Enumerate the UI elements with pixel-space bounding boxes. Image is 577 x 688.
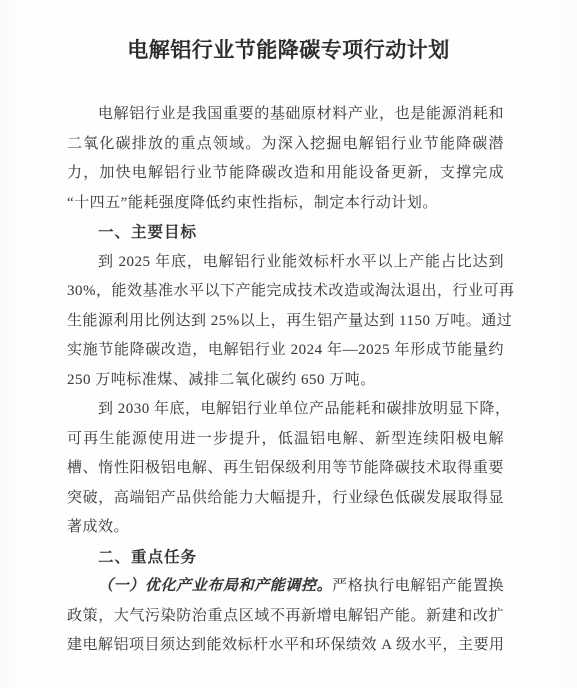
paragraph-line: （一）优化产业布局和产能调控。严格执行电解铝产能置换 [67, 572, 504, 602]
document-body: 电解铝行业是我国重要的基础原材料产业，也是能源消耗和二氧化碳排放的重点领域。为深… [67, 100, 504, 661]
paragraph-line: 政策，大气污染防治重点区域不再新增电解铝产能。新建和改扩 [67, 602, 504, 632]
paragraph: 电解铝行业是我国重要的基础原材料产业，也是能源消耗和二氧化碳排放的重点领域。为深… [67, 100, 504, 218]
paragraph: （一）优化产业布局和产能调控。严格执行电解铝产能置换政策，大气污染防治重点区域不… [67, 572, 504, 661]
paragraph: 到 2030 年底，电解铝行业单位产品能耗和碳排放明显下降，可再生能源使用进一步… [67, 395, 504, 543]
paragraph-line: 二氧化碳排放的重点领域。为深入挖掘电解铝行业节能降碳潜 [67, 130, 504, 160]
paragraph-line: 到 2025 年底，电解铝行业能效标杆水平以上产能占比达到 [67, 248, 504, 278]
paragraph: 到 2025 年底，电解铝行业能效标杆水平以上产能占比达到30%，能效基准水平以… [67, 248, 504, 396]
paragraph-line: 力，加快电解铝行业节能降碳改造和用能设备更新，支撑完成 [67, 159, 504, 189]
paragraph-line: 30%，能效基准水平以下产能完成技术改造或淘汰退出，行业可再 [67, 277, 504, 307]
paragraph-line: 实施节能降碳改造，电解铝行业 2024 年—2025 年形成节能量约 [67, 336, 504, 366]
document-title: 电解铝行业节能降碳专项行动计划 [67, 36, 510, 64]
paragraph-line: 到 2030 年底，电解铝行业单位产品能耗和碳排放明显下降， [67, 395, 504, 425]
paragraph-line: 建电解铝项目须达到能效标杆水平和环保绩效 A 级水平，主要用 [67, 631, 504, 661]
paragraph-line: “十四五”能耗强度降低约束性指标，制定本行动计划。 [67, 189, 504, 219]
paragraph-line: 250 万吨标准煤、减排二氧化碳约 650 万吨。 [67, 366, 504, 396]
section-heading: 二、重点任务 [67, 543, 504, 573]
paragraph-line: 生能源利用比例达到 25%以上，再生铝产量达到 1150 万吨。通过 [67, 307, 504, 337]
document-viewport: { "colors": { "background": "#fdfdfc", "… [0, 0, 577, 688]
paragraph-line: 电解铝行业是我国重要的基础原材料产业，也是能源消耗和 [67, 100, 504, 130]
paragraph-line: 著成效。 [67, 513, 504, 543]
paragraph-line: 可再生能源使用进一步提升，低温铝电解、新型连续阳极电解 [67, 425, 504, 455]
subsection-lead: （一）优化产业布局和产能调控。 [98, 578, 332, 594]
paragraph-line: 突破，高端铝产品供给能力大幅提升，行业绿色低碳发展取得显 [67, 484, 504, 514]
document-page: 电解铝行业节能降碳专项行动计划 电解铝行业是我国重要的基础原材料产业，也是能源消… [0, 0, 577, 688]
paragraph-line: 槽、惰性阳极铝电解、再生铝保级利用等节能降碳技术取得重要 [67, 454, 504, 484]
section-heading: 一、主要目标 [67, 218, 504, 248]
